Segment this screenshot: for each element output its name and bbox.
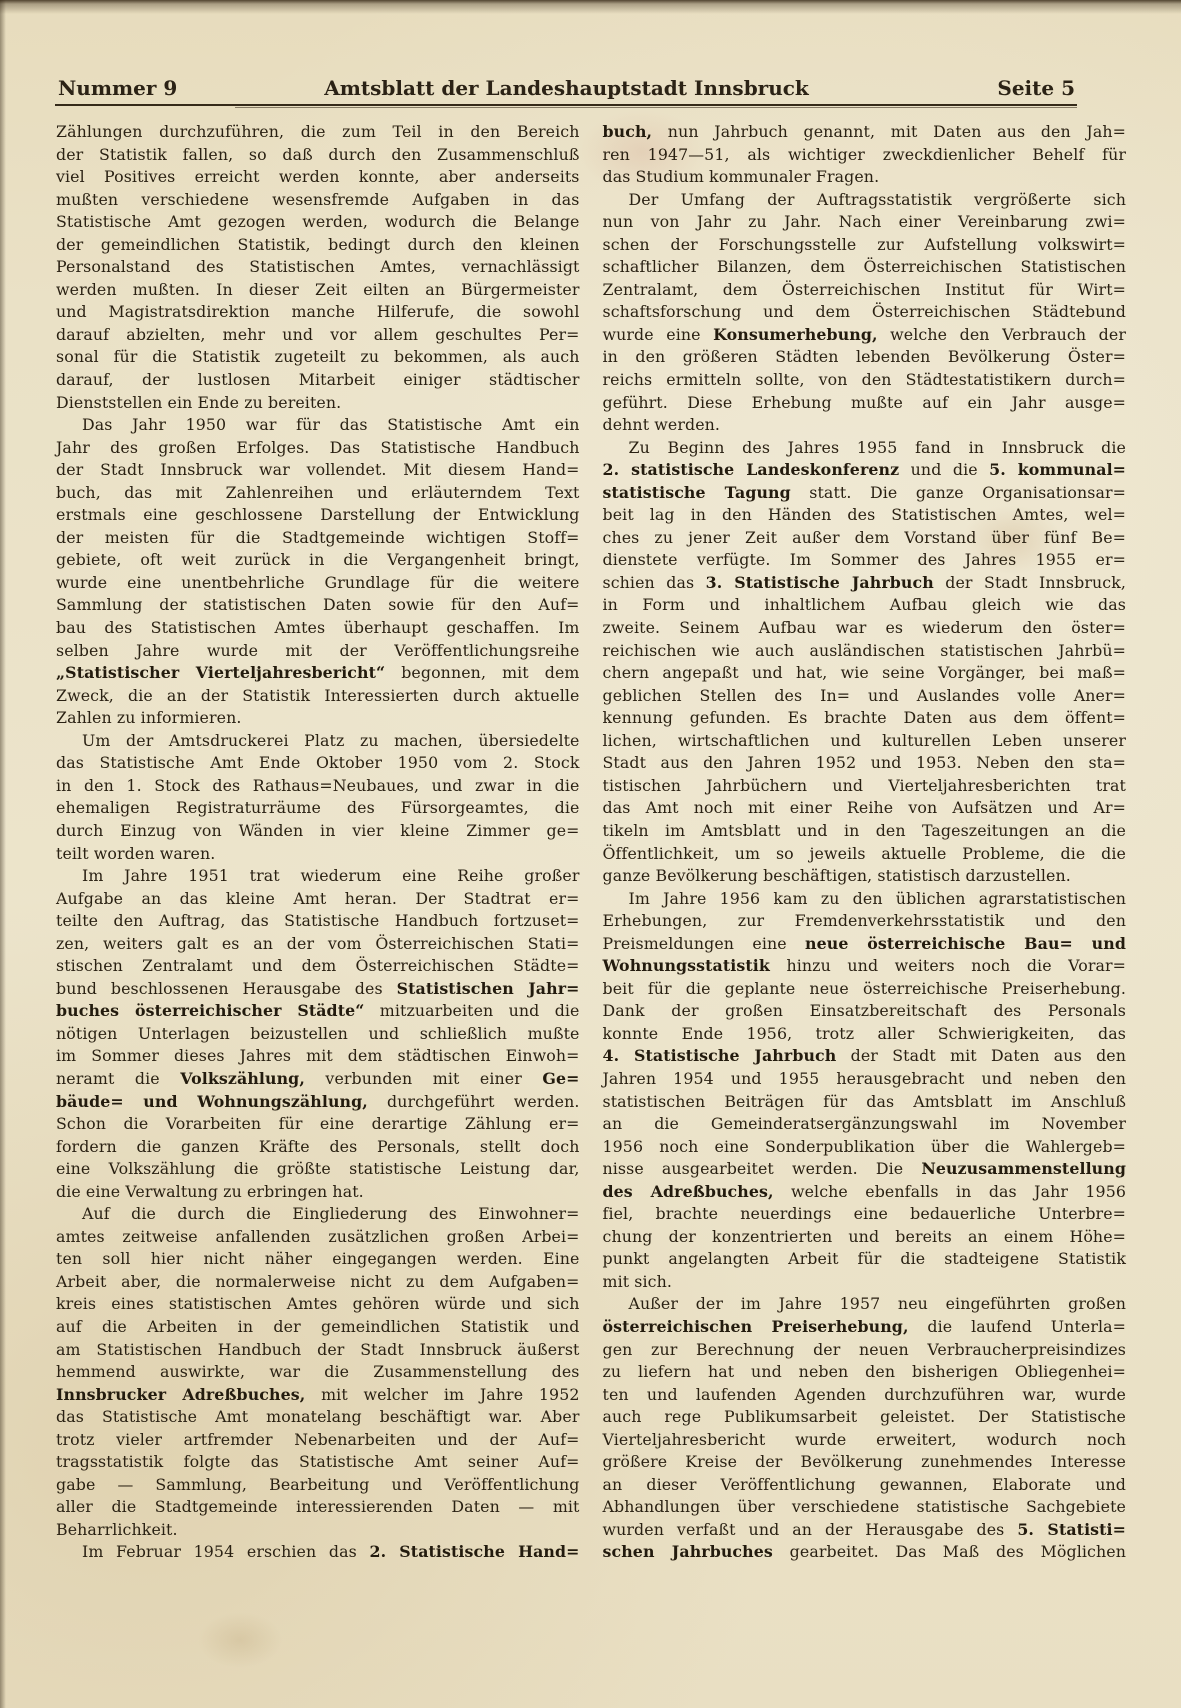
text-line: Zweck, die an der Statistik Interessiert…: [56, 685, 580, 708]
text-line: chung der konzentrierten und bereits an …: [603, 1226, 1127, 1249]
text-line: Vierteljahresbericht wurde erweitert, wo…: [603, 1429, 1127, 1452]
text-line: Abhandlungen über verschiedene statistis…: [603, 1496, 1127, 1519]
text-line: Beharrlichkeit.: [56, 1519, 580, 1542]
text-line: Schon die Vorarbeiten für eine derartige…: [56, 1113, 580, 1136]
text-line: Öffentlichkeit, um so jeweils aktuelle P…: [603, 843, 1127, 866]
text-line: Zahlen zu informieren.: [56, 707, 580, 730]
text-line: beit für die geplante neue österreichisc…: [603, 978, 1127, 1001]
text-line: beit lag in den Händen des Statistischen…: [603, 504, 1127, 527]
scanned-gazette-page: Nummer 9 Amtsblatt der Landeshauptstadt …: [0, 0, 1181, 1708]
text-line: 1956 noch eine Sonderpublikation über di…: [603, 1136, 1127, 1159]
text-line: Zählungen durchzuführen, die zum Teil in…: [56, 121, 580, 144]
text-line: das Studium kommunaler Fragen.: [603, 166, 1127, 189]
text-line: an die Gemeinderatsergänzungswahl im Nov…: [603, 1113, 1127, 1136]
text-line: bäude= und Wohnungszählung, durchgeführt…: [56, 1091, 580, 1114]
text-line: zweite. Seinem Aufbau war es wiederum de…: [603, 617, 1127, 640]
text-line: schaftlicher Bilanzen, dem Österreichisc…: [603, 256, 1127, 279]
text-line: Im Jahre 1956 kam zu den üblichen agrars…: [603, 888, 1127, 911]
text-line: Stadt aus den Jahren 1952 und 1953. Nebe…: [603, 752, 1127, 775]
text-line: größere Kreise der Bevölkerung zunehmend…: [603, 1451, 1127, 1474]
text-line: in Form und inhaltlichem Aufbau gleich w…: [603, 594, 1127, 617]
text-line: ten soll hier nicht näher eingegangen we…: [56, 1248, 580, 1271]
text-line: Das Jahr 1950 war für das Statistische A…: [56, 414, 580, 437]
text-line: Innsbrucker Adreßbuches, mit welcher im …: [56, 1384, 580, 1407]
text-line: „Statistischer Vierteljahresbericht“ beg…: [56, 662, 580, 685]
text-line: Außer der im Jahre 1957 neu eingeführten…: [603, 1293, 1127, 1316]
header-rule: [55, 104, 1077, 106]
text-line: reichs ermitteln sollte, von den Städtes…: [603, 369, 1127, 392]
text-line: des Adreßbuches, welche ebenfalls in das…: [603, 1181, 1127, 1204]
text-line: lichen, wirtschaftlichen und kulturellen…: [603, 730, 1127, 753]
text-line: darauf abzielten, mehr und vor allem ges…: [56, 324, 580, 347]
text-line: der Stadt Innsbruck war vollendet. Mit d…: [56, 459, 580, 482]
text-line: nisse ausgearbeitet werden. Die Neuzusam…: [603, 1158, 1127, 1181]
text-line: eine Volkszählung die größte statistisch…: [56, 1158, 580, 1181]
text-line: teilt worden waren.: [56, 843, 580, 866]
text-line: gebiete, oft weit zurück in die Vergange…: [56, 549, 580, 572]
text-line: der meisten für die Stadtgemeinde wichti…: [56, 527, 580, 550]
text-line: buch, das mit Zahlenreihen und erläutern…: [56, 482, 580, 505]
text-line: wurde eine unentbehrliche Grundlage für …: [56, 572, 580, 595]
text-line: Dienststellen ein Ende zu bereiten.: [56, 392, 580, 415]
text-line: buches österreichischer Städte“ mitzuarb…: [56, 1000, 580, 1023]
text-line: Erhebungen, zur Fremdenverkehrsstatistik…: [603, 910, 1127, 933]
text-line: Im Jahre 1951 trat wiederum eine Reihe g…: [56, 865, 580, 888]
text-line: auch rege Publikumsarbeit geleistet. Der…: [603, 1406, 1127, 1429]
text-line: dienstete verfügte. Im Sommer des Jahres…: [603, 549, 1127, 572]
text-line: Jahr des großen Erfolges. Das Statistisc…: [56, 437, 580, 460]
text-line: werden mußten. In dieser Zeit eilten an …: [56, 279, 580, 302]
text-line: Um der Amtsdruckerei Platz zu machen, üb…: [56, 730, 580, 753]
text-line: selben Jahre wurde mit der Veröffentlich…: [56, 640, 580, 663]
text-line: tikeln im Amtsblatt und in den Tageszeit…: [603, 820, 1127, 843]
text-line: ehemaligen Registraturräume des Fürsorge…: [56, 797, 580, 820]
text-line: ganze Bevölkerung beschäftigen, statisti…: [603, 865, 1127, 888]
text-line: punkt angelangten Arbeit für die stadtei…: [603, 1248, 1127, 1271]
text-line: Zentralamt, dem Österreichischen Institu…: [603, 279, 1127, 302]
text-line: das Statistische Amt monatelang beschäft…: [56, 1406, 580, 1429]
text-line: gen zur Berechnung der neuen Verbraucher…: [603, 1339, 1127, 1362]
text-line: bund beschlossenen Herausgabe des Statis…: [56, 978, 580, 1001]
text-line: Statistische Amt gezogen werden, wodurch…: [56, 211, 580, 234]
text-line: ren 1947—51, als wichtiger zweckdienlich…: [603, 144, 1127, 167]
text-line: Jahren 1954 und 1955 herausgebracht und …: [603, 1068, 1127, 1091]
text-line: buch, nun Jahrbuch genannt, mit Daten au…: [603, 121, 1127, 144]
text-line: dehnt werden.: [603, 414, 1127, 437]
text-line: Auf die durch die Eingliederung des Einw…: [56, 1203, 580, 1226]
column-right: buch, nun Jahrbuch genannt, mit Daten au…: [603, 121, 1127, 1564]
text-line: 2. statistische Landeskonferenz und die …: [603, 459, 1127, 482]
text-line: und Magistratsdirektion manche Hilferufe…: [56, 301, 580, 324]
text-line: der gemeindlichen Statistik, bedingt dur…: [56, 234, 580, 257]
text-line: chern angepaßt und hat, wie seine Vorgän…: [603, 662, 1127, 685]
text-line: viel Positives erreicht werden konnte, a…: [56, 166, 580, 189]
text-line: nötigen Unterlagen beizustellen und schl…: [56, 1023, 580, 1046]
text-line: hemmend auswirkte, war die Zusammenstell…: [56, 1361, 580, 1384]
text-line: teilte den Auftrag, das Statistische Han…: [56, 910, 580, 933]
text-line: reichischen wie auch ausländischen stati…: [603, 640, 1127, 663]
text-line: im Sommer dieses Jahres mit dem städtisc…: [56, 1045, 580, 1068]
text-line: neramt die Volkszählung, verbunden mit e…: [56, 1068, 580, 1091]
text-line: Der Umfang der Auftragsstatistik vergröß…: [603, 189, 1127, 212]
page-header: Nummer 9 Amtsblatt der Landeshauptstadt …: [56, 76, 1077, 102]
body-text: Zählungen durchzuführen, die zum Teil in…: [56, 121, 1126, 1564]
text-line: sonal für die Statistik zugeteilt zu bek…: [56, 346, 580, 369]
text-line: aller die Stadtgemeinde interessierenden…: [56, 1496, 580, 1519]
text-line: schien das 3. Statistische Jahrbuch der …: [603, 572, 1127, 595]
text-line: Wohnungsstatistik hinzu und weiters noch…: [603, 955, 1127, 978]
text-line: in den größeren Städten lebenden Bevölke…: [603, 346, 1127, 369]
text-line: Personalstand des Statistischen Amtes, v…: [56, 256, 580, 279]
text-line: tragsstatistik folgte das Statistische A…: [56, 1451, 580, 1474]
text-line: österreichischen Preiserhebung, die lauf…: [603, 1316, 1127, 1339]
text-line: Sammlung der statistischen Daten sowie f…: [56, 594, 580, 617]
text-line: Arbeit aber, die normalerweise nicht zu …: [56, 1271, 580, 1294]
column-left: Zählungen durchzuführen, die zum Teil in…: [56, 121, 580, 1564]
text-line: mußten verschiedene wesensfremde Aufgabe…: [56, 189, 580, 212]
text-line: amtes zeitweise anfallenden zusätzlichen…: [56, 1226, 580, 1249]
page-title: Amtsblatt der Landeshauptstadt Innsbruck: [56, 76, 1077, 100]
text-line: wurde eine Konsumerhebung, welche den Ve…: [603, 324, 1127, 347]
text-line: schen Jahrbuches gearbeitet. Das Maß des…: [603, 1541, 1127, 1564]
text-line: zu liefern hat und neben den bisherigen …: [603, 1361, 1127, 1384]
text-line: darauf, der lustlosen Mitarbeit einiger …: [56, 369, 580, 392]
text-line: gabe — Sammlung, Bearbeitung und Veröffe…: [56, 1474, 580, 1497]
text-line: mit sich.: [603, 1271, 1127, 1294]
text-line: zen, weiters galt es an der vom Österrei…: [56, 933, 580, 956]
text-line: fiel, brachte neuerdings eine bedauerlic…: [603, 1203, 1127, 1226]
text-line: ten und laufenden Agenden durchzuführen …: [603, 1384, 1127, 1407]
text-line: Dank der großen Einsatzbereitschaft des …: [603, 1000, 1127, 1023]
text-line: tistischen Jahrbüchern und Vierteljahres…: [603, 775, 1127, 798]
text-line: der Statistik fallen, so daß durch den Z…: [56, 144, 580, 167]
text-line: an dieser Veröffentlichung gewannen, Ela…: [603, 1474, 1127, 1497]
text-line: geführt. Diese Erhebung mußte auf ein Ja…: [603, 392, 1127, 415]
text-line: statistische Tagung statt. Die ganze Org…: [603, 482, 1127, 505]
text-line: statistischen Beiträgen für das Amtsblat…: [603, 1091, 1127, 1114]
text-line: nun von Jahr zu Jahr. Nach einer Vereinb…: [603, 211, 1127, 234]
page-number: Seite 5: [997, 76, 1075, 100]
text-line: Im Februar 1954 erschien das 2. Statisti…: [56, 1541, 580, 1564]
text-line: auf die Arbeiten in der gemeindlichen St…: [56, 1316, 580, 1339]
text-line: das Statistische Amt Ende Oktober 1950 v…: [56, 752, 580, 775]
text-line: schen der Forschungsstelle zur Aufstellu…: [603, 234, 1127, 257]
text-line: am Statistischen Handbuch der Stadt Inns…: [56, 1339, 580, 1362]
text-line: kennung gefunden. Es brachte Daten aus d…: [603, 707, 1127, 730]
text-line: in den 1. Stock des Rathaus=Neubaues, un…: [56, 775, 580, 798]
text-line: konnte Ende 1956, trotz aller Schwierigk…: [603, 1023, 1127, 1046]
text-line: schaftsforschung und dem Österreichische…: [603, 301, 1127, 324]
text-line: wurden verfaßt und an der Herausgabe des…: [603, 1519, 1127, 1542]
text-line: trotz vieler artfremder Nebenarbeiten un…: [56, 1429, 580, 1452]
text-line: bau des Statistischen Amtes überhaupt ge…: [56, 617, 580, 640]
text-line: die eine Verwaltung zu erbringen hat.: [56, 1181, 580, 1204]
text-line: Zu Beginn des Jahres 1955 fand in Innsbr…: [603, 437, 1127, 460]
text-line: fordern die ganzen Kräfte des Personals,…: [56, 1136, 580, 1159]
text-line: Preismeldungen eine neue österreichische…: [603, 933, 1127, 956]
text-line: ches zu jener Zeit außer dem Vorstand üb…: [603, 527, 1127, 550]
text-line: geblichen Stellen des In= und Auslandes …: [603, 685, 1127, 708]
text-line: 4. Statistische Jahrbuch der Stadt mit D…: [603, 1045, 1127, 1068]
text-line: Aufgabe an das kleine Amt heran. Der Sta…: [56, 888, 580, 911]
text-line: durch Einzug von Wänden in vier kleine Z…: [56, 820, 580, 843]
text-line: stischen Zentralamt und dem Österreichis…: [56, 955, 580, 978]
text-line: das Amt noch mit einer Reihe von Aufsätz…: [603, 797, 1127, 820]
text-line: kreis eines statistischen Amtes gehören …: [56, 1293, 580, 1316]
text-line: erstmals eine geschlossene Darstellung d…: [56, 504, 580, 527]
